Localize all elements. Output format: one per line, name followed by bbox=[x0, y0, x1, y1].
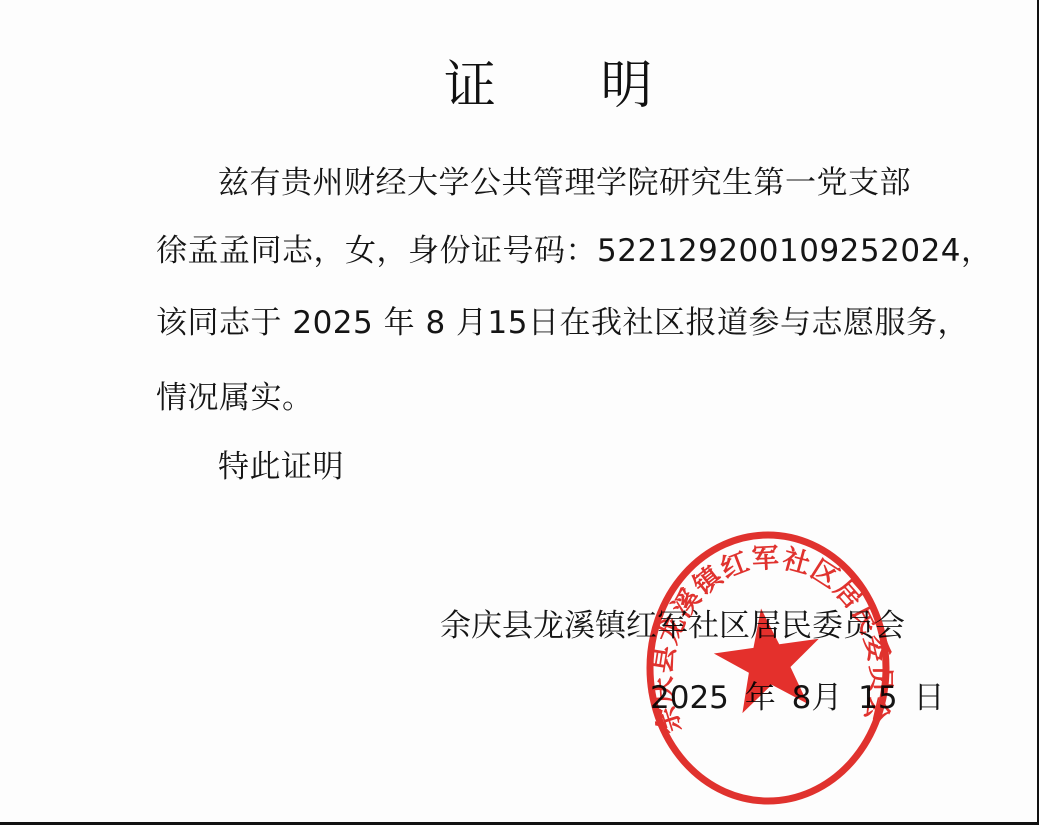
star-icon bbox=[709, 601, 828, 716]
document-title: 证 明 bbox=[444, 60, 697, 112]
body-line-4: 情况属实。 bbox=[156, 383, 314, 414]
official-seal: 余庆县龙溪镇红军社区居民委员会 bbox=[640, 528, 896, 808]
body-line-1: 兹有贵州财经大学公共管理学院研究生第一党支部 bbox=[218, 168, 911, 199]
body-line-3: 该同志于 2025 年 8 月15日在我社区报道参与志愿服务， bbox=[156, 308, 969, 339]
closing-statement: 特此证明 bbox=[218, 452, 344, 483]
certificate-page: 证 明 兹有贵州财经大学公共管理学院研究生第一党支部 徐孟孟同志，女，身份证号码… bbox=[0, 0, 1039, 825]
body-line-2: 徐孟孟同志，女，身份证号码：522129200109252024， bbox=[156, 236, 993, 267]
